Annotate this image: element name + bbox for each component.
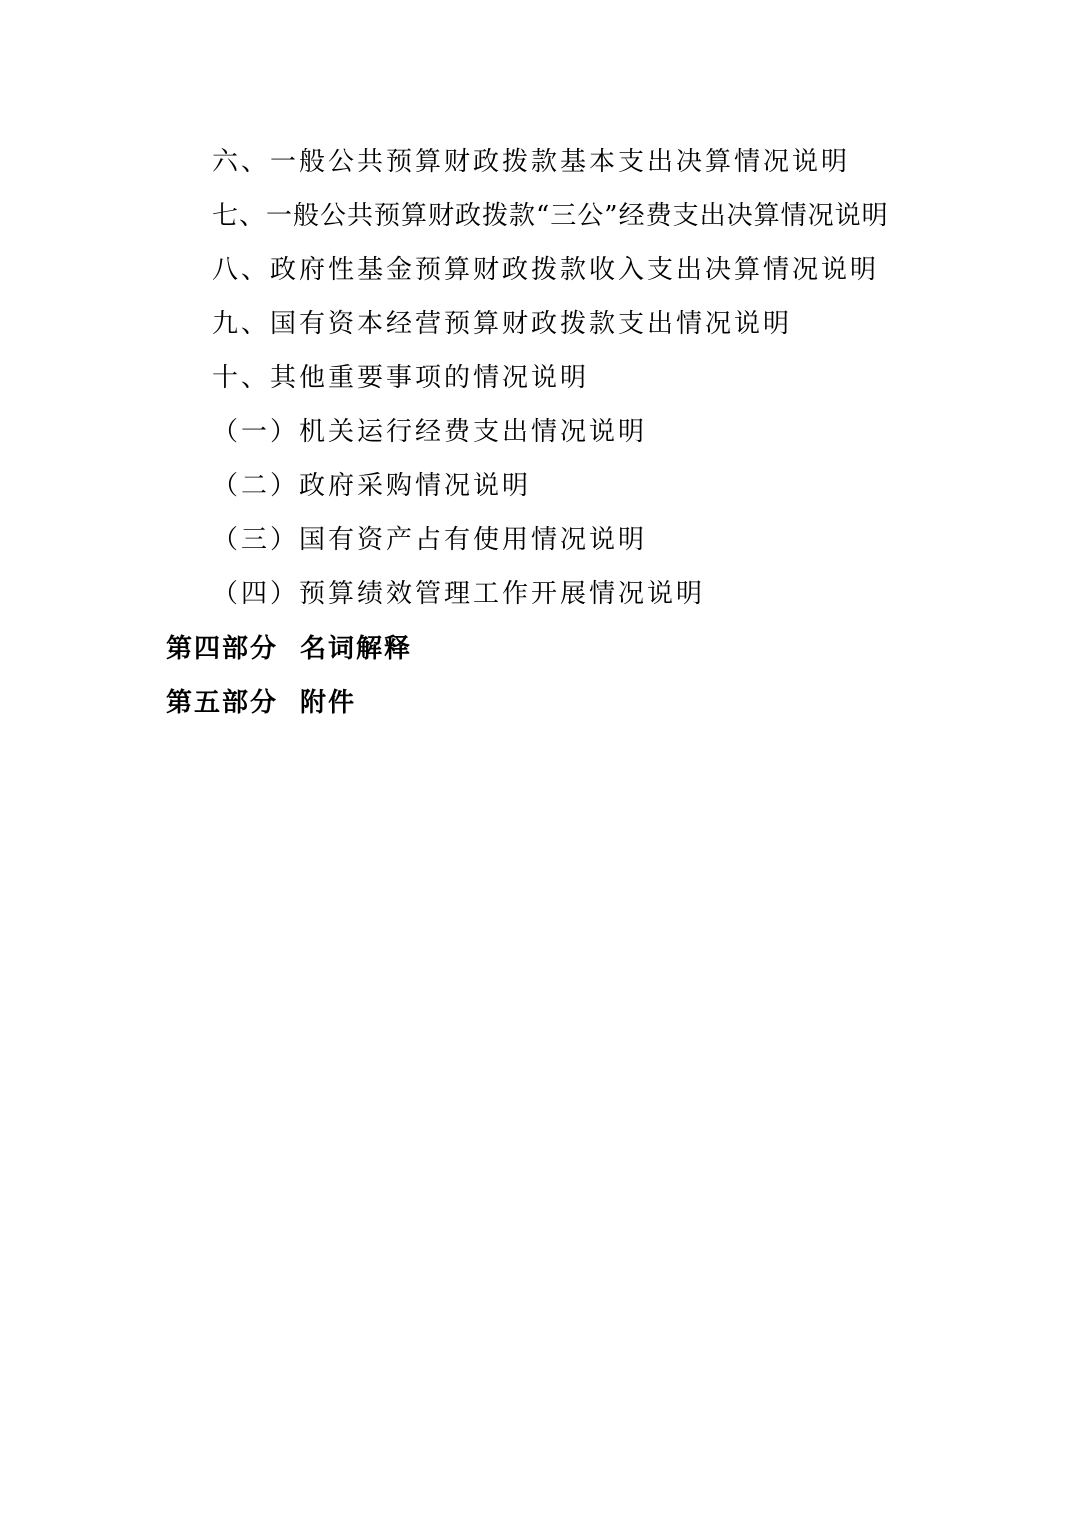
part-4-number: 第四部分 [166, 634, 278, 664]
part-4-heading: 第四部分名词解释 [166, 633, 412, 665]
toc-item-10: 十、其他重要事项的情况说明 [212, 362, 589, 394]
toc-subitem-2: （二）政府采购情况说明 [212, 470, 531, 502]
toc-subitem-3: （三）国有资产占有使用情况说明 [212, 524, 647, 556]
toc-item-7: 七、一般公共预算财政拨款“三公”经费支出决算情况说明 [212, 200, 889, 232]
part-5-number: 第五部分 [166, 688, 278, 718]
toc-subitem-1: （一）机关运行经费支出情况说明 [212, 416, 647, 448]
toc-item-9: 九、国有资本经营预算财政拨款支出情况说明 [212, 308, 792, 340]
toc-item-8: 八、政府性基金预算财政拨款收入支出决算情况说明 [212, 254, 879, 286]
part-5-heading: 第五部分附件 [166, 687, 356, 719]
toc-subitem-4: （四）预算绩效管理工作开展情况说明 [212, 578, 705, 610]
part-5-title: 附件 [300, 688, 356, 718]
part-4-title: 名词解释 [300, 634, 412, 664]
toc-item-6: 六、一般公共预算财政拨款基本支出决算情况说明 [212, 146, 850, 178]
